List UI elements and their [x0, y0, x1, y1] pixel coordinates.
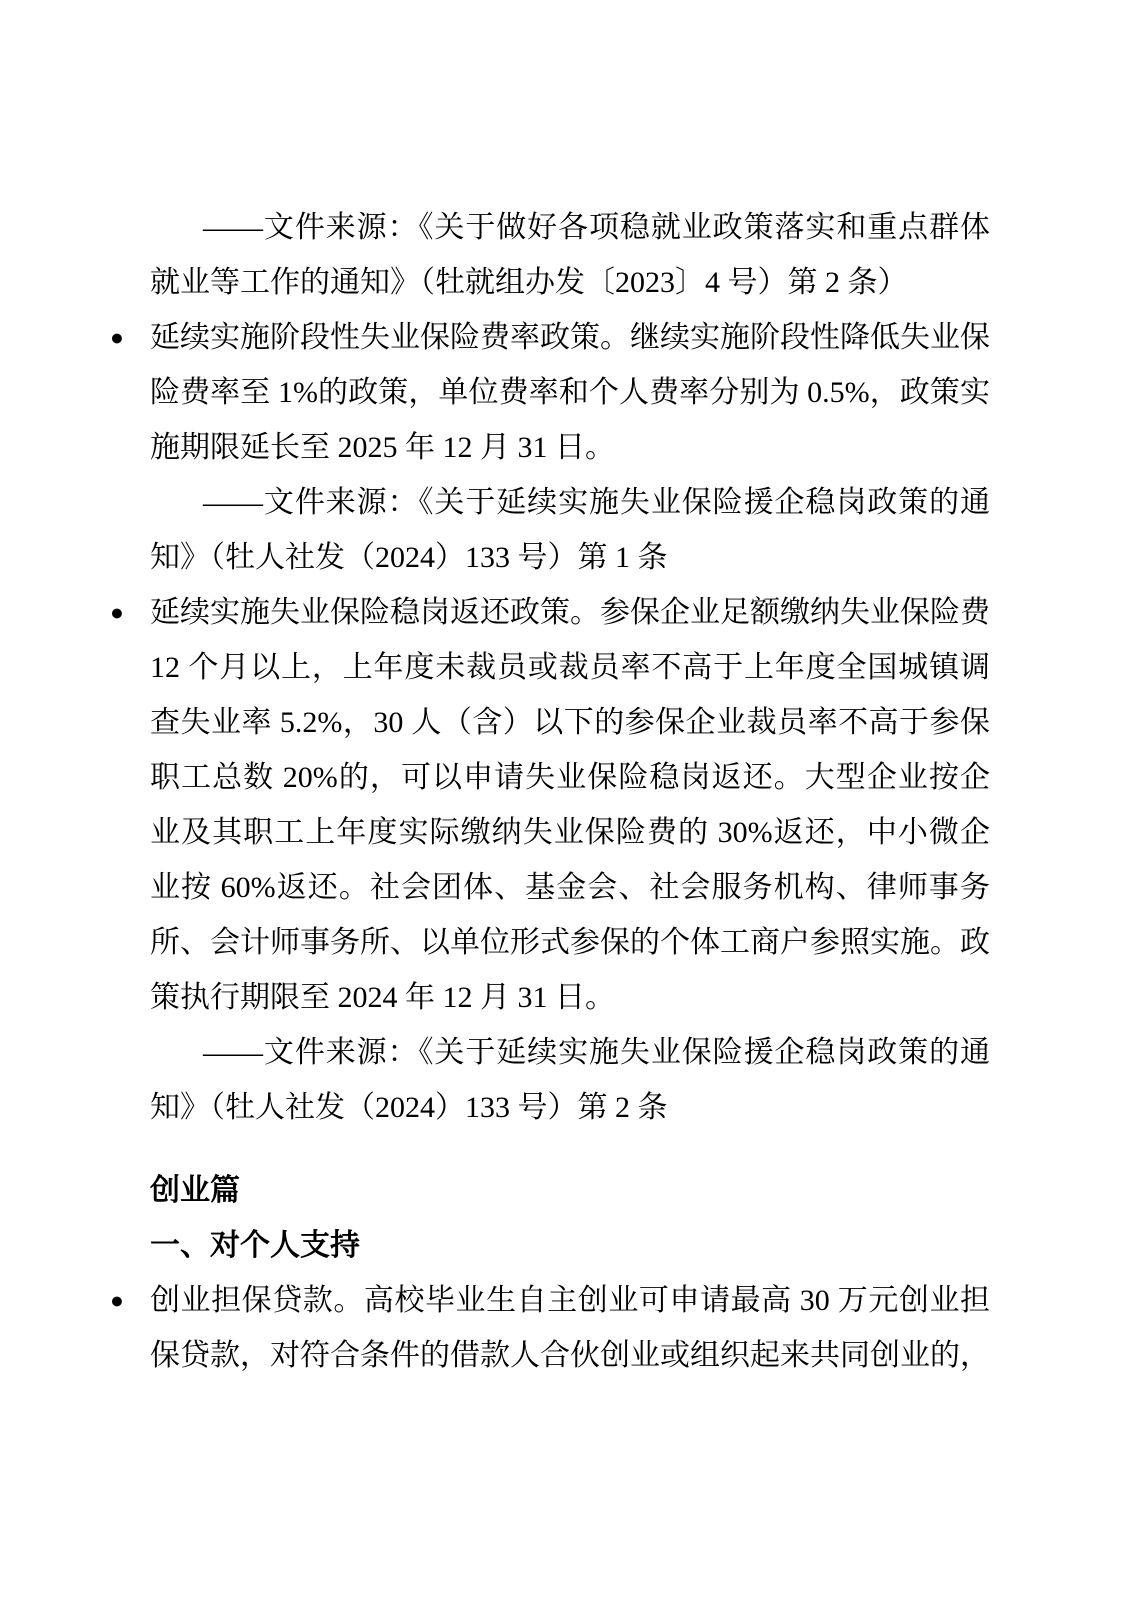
bullet-item-text-1: 延续实施阶段性失业保险费率政策。继续实施阶段性降低失业保险费率至 1%的政策，单…	[150, 310, 990, 475]
bullet-item-text-2: 延续实施失业保险稳岗返还政策。参保企业足额缴纳失业保险费 12 个月以上，上年度…	[150, 585, 990, 1025]
bullet-icon: ●	[110, 310, 146, 365]
source-reference-1: ——文件来源：《关于做好各项稳就业政策落实和重点群体就业等工作的通知》（牡就组办…	[150, 200, 990, 310]
document-page: ——文件来源：《关于做好各项稳就业政策落实和重点群体就业等工作的通知》（牡就组办…	[0, 0, 1131, 1600]
bullet-item-text-3: 创业担保贷款。高校毕业生自主创业可申请最高 30 万元创业担保贷款，对符合条件的…	[150, 1273, 990, 1383]
bullet-icon: ●	[110, 585, 146, 640]
bullet-list-item-1: ● 延续实施阶段性失业保险费率政策。继续实施阶段性降低失业保险费率至 1%的政策…	[150, 310, 990, 475]
source-reference-3: ——文件来源：《关于延续实施失业保险援企稳岗政策的通知》（牡人社发（2024）1…	[150, 1025, 990, 1135]
bullet-list-item-2: ● 延续实施失业保险稳岗返还政策。参保企业足额缴纳失业保险费 12 个月以上，上…	[150, 585, 990, 1025]
bullet-list-item-3: ● 创业担保贷款。高校毕业生自主创业可申请最高 30 万元创业担保贷款，对符合条…	[150, 1273, 990, 1383]
document-content: ——文件来源：《关于做好各项稳就业政策落实和重点群体就业等工作的通知》（牡就组办…	[150, 200, 990, 1383]
bullet-icon: ●	[110, 1273, 146, 1328]
sub-section-heading: 一、对个人支持	[150, 1218, 990, 1273]
source-reference-2: ——文件来源：《关于延续实施失业保险援企稳岗政策的通知》（牡人社发（2024）1…	[150, 475, 990, 585]
section-heading: 创业篇	[150, 1163, 990, 1218]
